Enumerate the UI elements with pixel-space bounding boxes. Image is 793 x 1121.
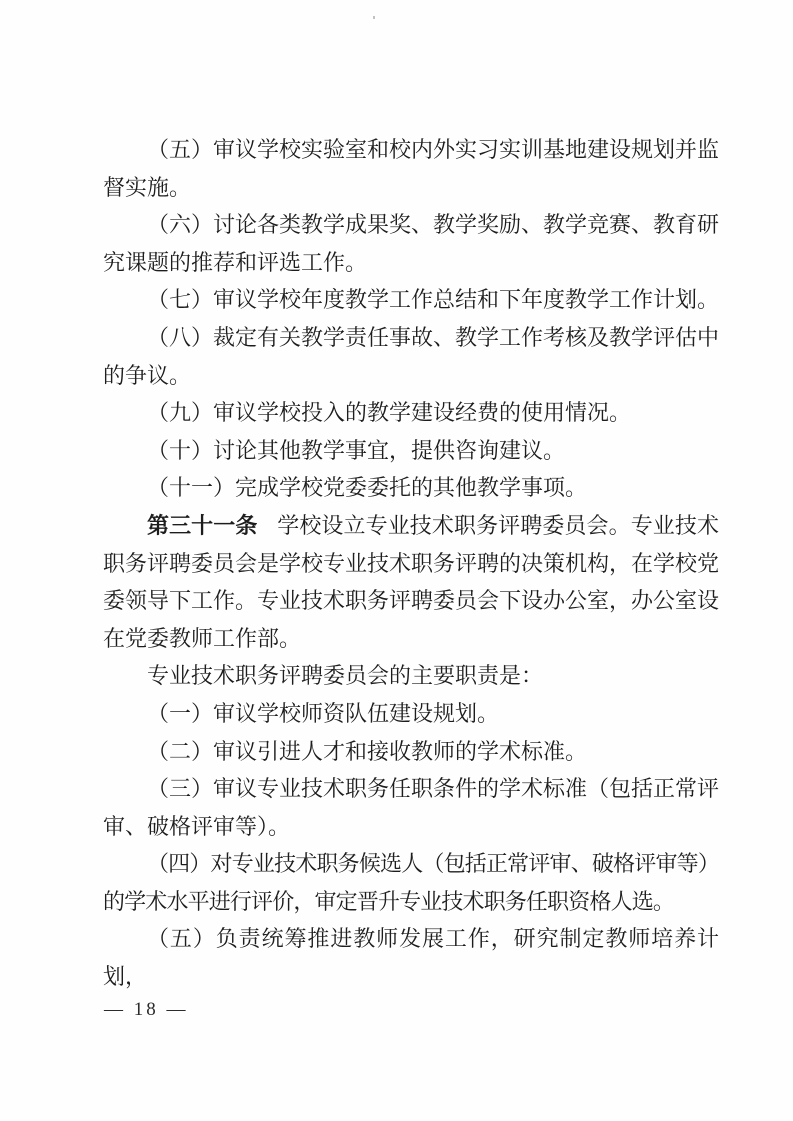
paragraph-text: （一）审议学校师资队伍建设规划。 (147, 701, 499, 726)
paragraph: （七）审议学校年度教学工作总结和下年度教学工作计划。 (103, 281, 719, 319)
paragraph: （四）对专业技术职务候选人（包括正常评审、破格评审等）的学术水平进行评价，审定晋… (103, 845, 719, 920)
paragraph-text: （十）讨论其他教学事宜，提供咨询建议。 (147, 438, 565, 463)
article-number-bold: 第三十一条 (147, 513, 257, 538)
paragraph: （九）审议学校投入的教学建设经费的使用情况。 (103, 394, 719, 432)
paragraph: （二）审议引进人才和接收教师的学术标准。 (103, 733, 719, 771)
page-number: — 18 — (104, 999, 189, 1021)
paragraph: （八）裁定有关教学责任事故、教学工作考核及教学评估中的争议。 (103, 319, 719, 394)
paragraph-text: （十一）完成学校党委委托的其他教学事项。 (147, 475, 587, 500)
document-body: （五）审议学校实验室和校内外实习实训基地建设规划并监督实施。 （六）讨论各类教学… (103, 131, 719, 996)
paragraph: 专业技术职务评聘委员会的主要职责是： (103, 657, 719, 695)
paragraph-text: （五）审议学校实验室和校内外实习实训基地建设规划并监督实施。 (103, 137, 719, 200)
document-page: （五）审议学校实验室和校内外实习实训基地建设规划并监督实施。 （六）讨论各类教学… (0, 0, 793, 1121)
paragraph: （五）审议学校实验室和校内外实习实训基地建设规划并监督实施。 (103, 131, 719, 206)
paragraph-text: （八）裁定有关教学责任事故、教学工作考核及教学评估中的争议。 (103, 325, 719, 388)
paragraph-text: 专业技术职务评聘委员会的主要职责是： (147, 663, 543, 688)
paragraph: （三）审议专业技术职务任职条件的学术标准（包括正常评审、破格评审等）。 (103, 770, 719, 845)
paragraph: （六）讨论各类教学成果奖、教学奖励、教学竞赛、教育研究课题的推荐和评选工作。 (103, 206, 719, 281)
paragraph-text: （六）讨论各类教学成果奖、教学奖励、教学竞赛、教育研究课题的推荐和评选工作。 (103, 212, 719, 275)
paragraph-text: （二）审议引进人才和接收教师的学术标准。 (147, 739, 587, 764)
paragraph-text: （四）对专业技术职务候选人（包括正常评审、破格评审等）的学术水平进行评价，审定晋… (103, 851, 719, 914)
paragraph: 第三十一条学校设立专业技术职务评聘委员会。专业技术职务评聘委员会是学校专业技术职… (103, 507, 719, 657)
paragraph: （五）负责统筹推进教师发展工作，研究制定教师培养计划， (103, 920, 719, 995)
paragraph-text: （三）审议专业技术职务任职条件的学术标准（包括正常评审、破格评审等）。 (103, 776, 719, 839)
paragraph-text: （九）审议学校投入的教学建设经费的使用情况。 (147, 400, 631, 425)
paragraph-text: （五）负责统筹推进教师发展工作，研究制定教师培养计划， (103, 926, 719, 989)
paragraph: （十）讨论其他教学事宜，提供咨询建议。 (103, 432, 719, 470)
paragraph: （一）审议学校师资队伍建设规划。 (103, 695, 719, 733)
paragraph-text: （七）审议学校年度教学工作总结和下年度教学工作计划。 (147, 287, 719, 312)
scan-artifact (373, 16, 375, 19)
paragraph: （十一）完成学校党委委托的其他教学事项。 (103, 469, 719, 507)
